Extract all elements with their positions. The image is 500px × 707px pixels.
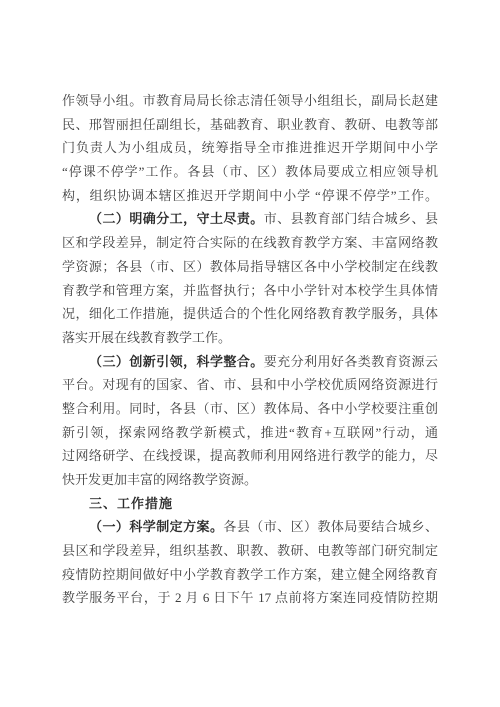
text-line: 育教学和管理方案，并监督执行；各中小学针对本校学生具体情 [62,279,438,303]
text-line: 况，细化工作措施，提供适合的个性化网络教育教学服务，具体 [62,302,438,326]
text-run: 民、邢智丽担任副组长，基础教育、职业教育、教研、电教等部 [62,117,438,132]
text-line: 疫情防控期间做好中小学教育教学工作方案，建立健全网络教育 [62,563,438,587]
text-run: 门负责人为小组成员，统筹指导全市推进推迟开学期间中小学 [62,140,438,155]
text-run: 落实开展在线教育教学工作。 [62,330,231,345]
bold-text-run: 三、工作措施 [89,496,173,511]
text-line: （一）科学制定方案。各县（市、区）教体局要结合城乡、 [62,515,438,539]
text-line: （三）创新引领，科学整合。要充分利用好各类教育资源云 [62,350,438,374]
text-run: “停课不停学”工作。各县（市、区）教体局要成立相应领导机 [62,164,438,179]
text-run: 县区和学段差异，组织基教、职教、教研、电教等部门研究制定 [62,543,438,558]
text-run: 区和学段差异，制定符合实际的在线教育教学方案、丰富网络教 [62,235,438,250]
text-line: 快开发更加丰富的网络教学资源。 [62,468,438,492]
text-line: 门负责人为小组成员，统筹指导全市推进推迟开学期间中小学 [62,136,438,160]
text-run: 整合利用。同时，各县（市、区）教体局、各中小学校要注重创 [62,401,438,416]
text-run: 育教学和管理方案，并监督执行；各中小学针对本校学生具体情 [62,283,438,298]
text-line: （二）明确分工，守土尽责。市、县教育部门结合城乡、县 [62,207,438,231]
section-heading: 三、工作措施 [62,492,438,516]
text-run: 新引领，探索网络教学新模式，推进“教育+互联网”行动，通 [62,425,438,440]
text-line: 县区和学段差异，组织基教、职教、教研、电教等部门研究制定 [62,539,438,563]
document-page: 作领导小组。市教育局局长徐志清任领导小组组长，副局长赵建民、邢智丽担任副组长，基… [0,0,500,707]
text-line: 教学服务平台，于 2 月 6 日下午 17 点前将方案连同疫情防控期 [62,586,438,610]
text-line: “停课不停学”工作。各县（市、区）教体局要成立相应领导机 [62,160,438,184]
text-line: 落实开展在线教育教学工作。 [62,326,438,350]
text-line: 过网络研学、在线授课，提高教师利用网络进行教学的能力，尽 [62,444,438,468]
bold-text-run: （二）明确分工，守土尽责。 [89,211,264,226]
text-line: 构，组织协调本辖区推迟开学期间中小学 “停课不停学”工作。 [62,184,438,208]
text-line: 作领导小组。市教育局局长徐志清任领导小组组长，副局长赵建 [62,89,438,113]
text-run: 构，组织协调本辖区推迟开学期间中小学 “停课不停学”工作。 [62,188,438,203]
text-line: 区和学段差异，制定符合实际的在线教育教学方案、丰富网络教 [62,231,438,255]
text-run: 作领导小组。市教育局局长徐志清任领导小组组长，副局长赵建 [62,93,438,108]
text-line: 平台。对现有的国家、省、市、县和中小学校优质网络资源进行 [62,373,438,397]
text-run: 要充分利用好各类教育资源云 [264,354,438,369]
text-run: 平台。对现有的国家、省、市、县和中小学校优质网络资源进行 [62,377,438,392]
text-line: 新引领，探索网络教学新模式，推进“教育+互联网”行动，通 [62,421,438,445]
text-run: 学资源；各县（市、区）教体局指导辖区各中小学校制定在线教 [62,259,438,274]
text-line: 整合利用。同时，各县（市、区）教体局、各中小学校要注重创 [62,397,438,421]
text-run: 市、县教育部门结合城乡、县 [264,211,438,226]
text-run: 疫情防控期间做好中小学教育教学工作方案，建立健全网络教育 [62,567,438,582]
text-line: 学资源；各县（市、区）教体局指导辖区各中小学校制定在线教 [62,255,438,279]
bold-text-run: （一）科学制定方案。 [89,519,223,534]
document-body: 作领导小组。市教育局局长徐志清任领导小组组长，副局长赵建民、邢智丽担任副组长，基… [62,89,438,610]
text-run: 况，细化工作措施，提供适合的个性化网络教育教学服务，具体 [62,306,438,321]
text-run: 各县（市、区）教体局要结合城乡、 [223,519,438,534]
text-run: 教学服务平台，于 2 月 6 日下午 17 点前将方案连同疫情防控期 [62,590,438,605]
bold-text-run: （三）创新引领，科学整合。 [89,354,264,369]
text-run: 快开发更加丰富的网络教学资源。 [62,472,257,487]
text-line: 民、邢智丽担任副组长，基础教育、职业教育、教研、电教等部 [62,113,438,137]
text-run: 过网络研学、在线授课，提高教师利用网络进行教学的能力，尽 [62,448,438,463]
